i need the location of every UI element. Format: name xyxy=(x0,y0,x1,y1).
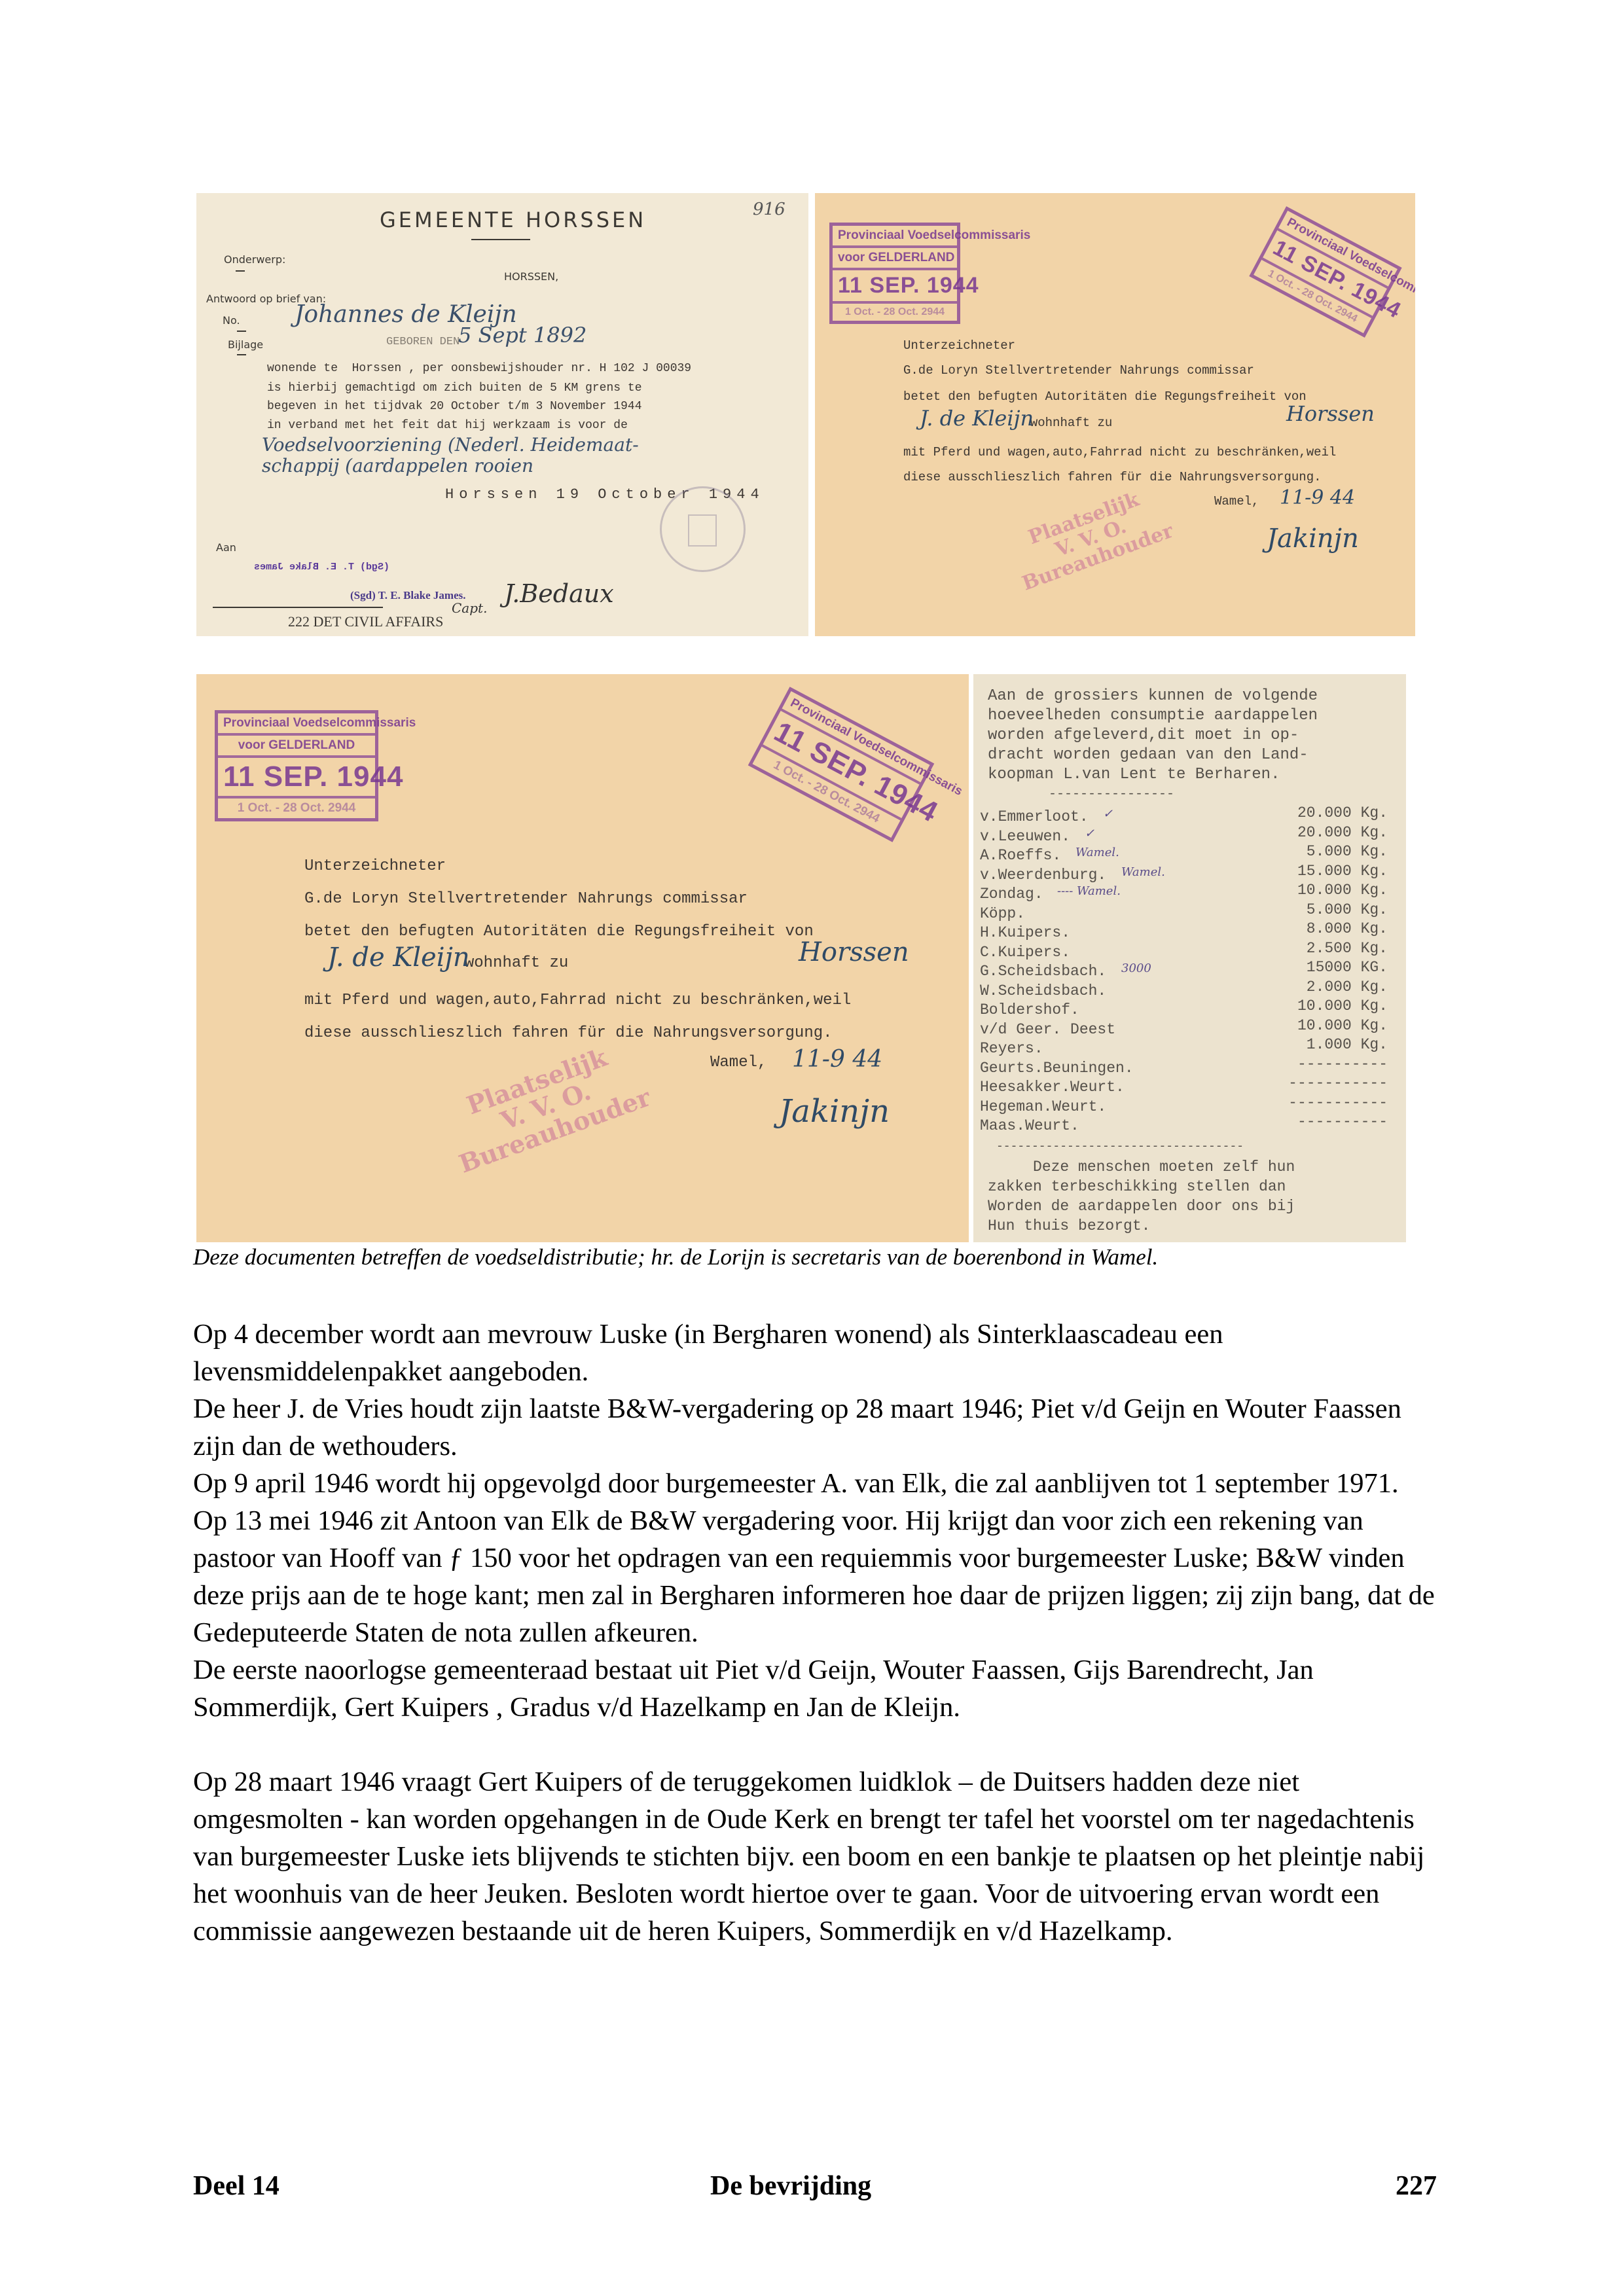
row-quantity: 5.000 Kg. xyxy=(1307,901,1388,918)
handwritten-town: Horssen xyxy=(799,937,909,967)
mirrored-stamp: (Sgd) T. E. Blake James xyxy=(254,562,389,573)
address-rule xyxy=(213,607,383,608)
row-name: Heesakker.Weurt. xyxy=(980,1079,1125,1096)
photo-wamel-permit-1: Provinciaal Voedselcommissaris voor GELD… xyxy=(815,193,1415,636)
paragraph: Op 4 december wordt aan mevrouw Luske (i… xyxy=(193,1316,1437,1390)
separator: ---------------- xyxy=(1049,787,1174,802)
permit-line: betet den befugten Autoritäten die Regun… xyxy=(903,389,1307,404)
footer-chapter: De bevrijding xyxy=(710,2170,871,2202)
figure-caption: Deze documenten betreffen de voedseldist… xyxy=(193,1244,1158,1270)
row-note: ✓ xyxy=(1103,807,1113,821)
stamp-line: voor GELDERLAND xyxy=(218,736,375,758)
row-name: v/d Geer. Deest xyxy=(980,1021,1115,1038)
page-number: 227 xyxy=(1396,2170,1437,2202)
stamp-line: voor GELDERLAND xyxy=(833,248,957,270)
pass-line: in verband met het feit dat hij werkzaam… xyxy=(267,419,628,432)
row-quantity: 15000 KG. xyxy=(1307,959,1388,976)
row-name: G.Scheidsbach. xyxy=(980,963,1106,980)
permit-line: G.de Loryn Stellvertretender Nahrungs co… xyxy=(304,890,748,908)
outro-line: zakken terbeschikking stellen dan xyxy=(988,1178,1286,1195)
stamp-date: 11 SEP. 1944 xyxy=(833,270,957,304)
place-label: HORSSEN, xyxy=(504,270,558,283)
unit-label: 222 DET CIVIL AFFAIRS xyxy=(288,613,443,630)
intro-line: koopman L.van Lent te Berharen. xyxy=(988,766,1280,783)
row-name: Zondag. xyxy=(980,886,1043,903)
row-quantity: ----------- xyxy=(1288,1075,1388,1092)
corner-mark: 916 xyxy=(753,200,785,219)
row-name: v.Weerdenburg. xyxy=(980,867,1106,884)
row-quantity: 2.000 Kg. xyxy=(1307,978,1388,996)
row-name: Hegeman.Weurt. xyxy=(980,1098,1106,1115)
row-note: 3000 xyxy=(1121,961,1151,975)
handwritten-date: 11-9 44 xyxy=(1280,486,1355,509)
letterhead-rule xyxy=(471,239,530,240)
field-no: No. xyxy=(223,314,240,327)
row-note: ---- Wamel. xyxy=(1057,884,1121,898)
intro-line: dracht worden gedaan van den Land- xyxy=(988,746,1308,764)
paragraph: Op 9 april 1946 wordt hij opgevolgd door… xyxy=(193,1465,1437,1502)
body-text: Op 4 december wordt aan mevrouw Luske (i… xyxy=(193,1316,1437,1950)
photo-potato-list: Aan de grossiers kunnen de volgendehoeve… xyxy=(973,674,1406,1242)
pass-line: schappij (aardappelen rooien xyxy=(262,455,533,476)
capt-label: Capt. xyxy=(452,600,487,616)
row-quantity: 20.000 Kg. xyxy=(1297,804,1388,821)
row-name: C.Kuipers. xyxy=(980,944,1070,961)
row-quantity: 8.000 Kg. xyxy=(1307,920,1388,937)
handwritten-date: 11-9 44 xyxy=(792,1046,882,1073)
field-aan: Aan xyxy=(216,541,236,554)
handwritten-name: J. de Kleijn xyxy=(327,942,470,973)
row-note: Wamel. xyxy=(1075,846,1119,859)
vvo-stamp: Plaatselijk V. V. O. Bureauhouder xyxy=(1005,482,1176,594)
handwritten-name: J. de Kleijn xyxy=(920,406,1034,431)
distribution-stamp-left: Provinciaal Voedselcommissaris voor GELD… xyxy=(829,223,960,324)
row-quantity: 1.000 Kg. xyxy=(1307,1036,1388,1053)
row-name: H.Kuipers. xyxy=(980,924,1070,941)
row-quantity: 10.000 Kg. xyxy=(1297,1017,1388,1034)
intro-line: hoeveelheden consumptie aardappelen xyxy=(988,707,1318,725)
signature: Jakinjn xyxy=(1267,524,1359,554)
stamp-line: 1 Oct. - 28 Oct. 2944 xyxy=(218,798,375,818)
permit-line: mit Pferd und wagen,auto,Fahrrad nicht z… xyxy=(903,445,1336,459)
paragraph: De eerste naoorlogse gemeenteraad bestaa… xyxy=(193,1651,1437,1726)
seal-crest-icon xyxy=(688,514,717,547)
born-date: 5 Sept 1892 xyxy=(458,323,586,348)
footer-part: Deel 14 xyxy=(193,2170,280,2202)
permit-line: diese ausschlieszlich fahren für die Nah… xyxy=(304,1024,833,1042)
distribution-stamp-right: Provinciaal Voedselcommissaris 11 SEP. 1… xyxy=(748,687,935,842)
permit-line: betet den befugten Autoritäten die Regun… xyxy=(304,923,814,941)
letterhead: GEMEENTE HORSSEN xyxy=(380,207,646,232)
row-name: Geurts.Beuningen. xyxy=(980,1060,1134,1077)
born-label: GEBOREN DEN xyxy=(386,336,460,348)
row-name: v.Leeuwen. xyxy=(980,828,1070,845)
intro-line: Aan de grossiers kunnen de volgende xyxy=(988,687,1318,705)
signed-by: (Sgd) T. E. Blake James. xyxy=(350,589,465,602)
pass-line: wonende te Horssen , per oonsbewijshoude… xyxy=(267,362,691,375)
stamp-line: 1 Oct. - 28 Oct. 2944 xyxy=(833,304,957,321)
row-name: Maas.Weurt. xyxy=(980,1117,1079,1134)
outro-line: Deze menschen moeten zelf hun xyxy=(988,1158,1295,1175)
row-quantity: 2.500 Kg. xyxy=(1307,940,1388,957)
row-note: ✓ xyxy=(1085,827,1094,840)
row-name: Boldershof. xyxy=(980,1001,1079,1018)
stamp-line: Provinciaal Voedselcommissaris xyxy=(218,713,375,736)
handwritten-town: Horssen xyxy=(1286,401,1375,426)
field-rule xyxy=(236,270,245,272)
field-rule xyxy=(237,331,246,332)
pass-line: begeven in het tijdvak 20 October t/m 3 … xyxy=(267,400,642,413)
stamp-line: Provinciaal Voedselcommissaris xyxy=(833,226,957,248)
permit-line: mit Pferd und wagen,auto,Fahrrad nicht z… xyxy=(304,992,851,1009)
field-rule xyxy=(237,354,246,355)
permit-line: diese ausschlieszlich fahren für die Nah… xyxy=(903,470,1322,484)
pass-line: Voedselvoorziening (Nederl. Heidemaat- xyxy=(262,434,639,456)
row-quantity: ---------- xyxy=(1297,1113,1388,1130)
intro-line: worden afgeleverd,dit moet in op- xyxy=(988,726,1299,744)
municipal-seal xyxy=(660,486,746,572)
permit-line: Unterzeichneter xyxy=(304,857,446,875)
row-quantity: 10.000 Kg. xyxy=(1297,882,1388,899)
row-quantity: 15.000 Kg. xyxy=(1297,863,1388,880)
permit-line: Unterzeichneter xyxy=(903,338,1015,353)
place-label: Wamel, xyxy=(1214,494,1259,509)
outro-line: Hun thuis bezorgt. xyxy=(988,1217,1150,1234)
row-name: Köpp. xyxy=(980,905,1025,922)
row-name: Reyers. xyxy=(980,1040,1043,1057)
field-bijlage: Bijlage xyxy=(228,338,263,351)
photo-wamel-permit-2: Provinciaal Voedselcommissaris voor GELD… xyxy=(196,674,969,1242)
row-name: A.Roeffs. xyxy=(980,847,1061,864)
paragraph: Op 28 maart 1946 vraagt Gert Kuipers of … xyxy=(193,1763,1437,1950)
pass-line: is hierbij gemachtigd om zich buiten de … xyxy=(267,382,642,395)
distribution-stamp-left: Provinciaal Voedselcommissaris voor GELD… xyxy=(215,710,378,821)
signature: Jakinjn xyxy=(779,1093,890,1130)
row-name: v.Emmerloot. xyxy=(980,808,1089,825)
signature: J.Bedaux xyxy=(504,579,614,608)
bottom-rule: ----------------------------------- xyxy=(996,1140,1244,1153)
paragraph: Op 13 mei 1946 zit Antoon van Elk de B&W… xyxy=(193,1502,1437,1651)
row-note: Wamel. xyxy=(1121,865,1165,879)
row-quantity: ---------- xyxy=(1297,1056,1388,1073)
permit-line: G.de Loryn Stellvertretender Nahrungs co… xyxy=(903,363,1254,378)
field-onderwerp: Onderwerp: xyxy=(224,253,285,266)
vvo-stamp: Plaatselijk V. V. O. Bureauhouder xyxy=(438,1035,654,1177)
stamp-date: 11 SEP. 1944 xyxy=(218,758,375,798)
row-quantity: ----------- xyxy=(1288,1094,1388,1111)
place-label: Wamel, xyxy=(710,1054,767,1071)
row-quantity: 20.000 Kg. xyxy=(1297,824,1388,841)
photo-horssen-pass: GEMEENTE HORSSEN 916 Onderwerp: HORSSEN,… xyxy=(196,193,808,636)
outro-line: Worden de aardappelen door ons bij xyxy=(988,1198,1295,1215)
paragraph: De heer J. de Vries houdt zijn laatste B… xyxy=(193,1390,1437,1465)
distribution-stamp-right: Provinciaal Voedselcommissaris 11 SEP. 1… xyxy=(1249,206,1401,338)
row-name: W.Scheidsbach. xyxy=(980,982,1106,999)
row-quantity: 10.000 Kg. xyxy=(1297,997,1388,1014)
row-quantity: 5.000 Kg. xyxy=(1307,843,1388,860)
